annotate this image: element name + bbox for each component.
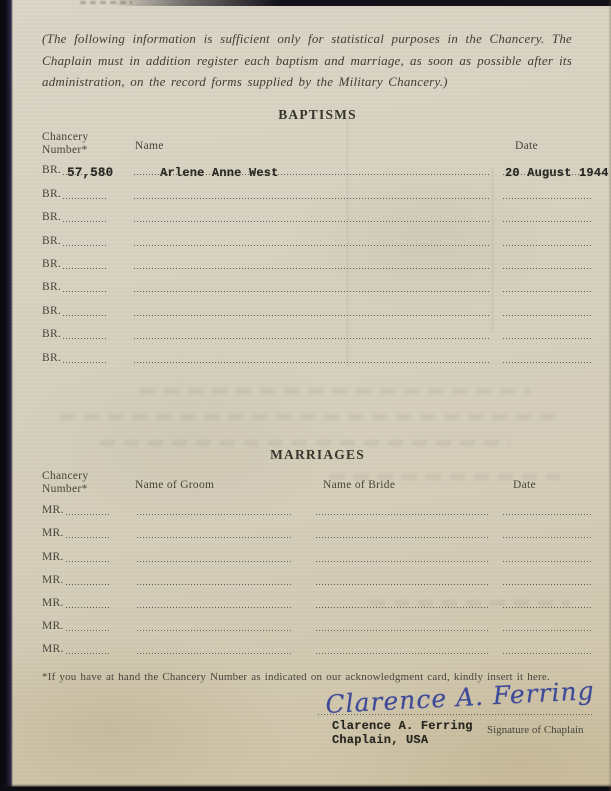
bride-line (316, 530, 489, 538)
date-line (503, 577, 593, 585)
marriages-section-title: MARRIAGES (0, 447, 611, 463)
groom-line (137, 554, 292, 562)
typed-chancery-number: 57,580 (67, 166, 113, 180)
chancery-number-line (66, 623, 109, 631)
marriage-row: MR. (0, 566, 611, 589)
signature-of-chaplain-label: Signature of Chaplain (487, 724, 584, 736)
name-line (134, 355, 489, 363)
marriages-chancery-number-header: Chancery Number* (42, 470, 88, 495)
marriage-row: MR. (0, 635, 611, 658)
chaplain-typed-name: Clarence A. Ferring (332, 720, 473, 734)
row-prefix-label: BR. (42, 189, 61, 200)
date-line (503, 331, 593, 339)
scanned-form-page: (The following information is sufficient… (0, 0, 611, 791)
date-line (503, 646, 593, 654)
row-prefix-label: MR. (42, 644, 64, 655)
baptisms-rows: BR.57,580Arlene Anne West20 August 1944B… (0, 156, 611, 367)
row-prefix-label: BR. (42, 165, 61, 176)
marriage-row: MR. (0, 496, 611, 519)
chancery-number-line (63, 238, 106, 246)
date-line (503, 308, 593, 316)
row-prefix-label: MR. (42, 598, 64, 609)
chancery-number-line (66, 554, 109, 562)
chancery-number-line (63, 308, 106, 316)
row-prefix-label: MR. (42, 505, 64, 516)
baptism-row: BR. (0, 250, 611, 273)
baptisms-name-header: Name (135, 140, 164, 152)
chancery-number-line (63, 261, 106, 269)
chancery-number-line (63, 284, 106, 292)
chancery-number-line (66, 530, 109, 538)
name-line (134, 331, 489, 339)
baptisms-section-title: BAPTISMS (0, 107, 611, 123)
date-line (503, 284, 593, 292)
signature-line (318, 714, 594, 715)
baptism-row: BR. (0, 226, 611, 249)
date-line (503, 191, 593, 199)
name-line (134, 191, 489, 199)
chaplain-typed-title: Chaplain, USA (332, 734, 473, 748)
chancery-header-line1: Chancery (42, 131, 88, 144)
groom-line (137, 646, 292, 654)
scan-edge-top (0, 0, 611, 6)
name-line (134, 261, 489, 269)
bride-line (316, 600, 489, 608)
baptism-row: BR. (0, 203, 611, 226)
row-prefix-label: MR. (42, 552, 64, 563)
marriage-row: MR. (0, 612, 611, 635)
date-line (503, 238, 593, 246)
baptism-row: BR. (0, 320, 611, 343)
bride-line (316, 577, 489, 585)
chancery-number-line (66, 507, 109, 515)
row-prefix-label: MR. (42, 575, 64, 586)
marriages-bride-header: Name of Bride (323, 479, 395, 491)
row-prefix-label: BR. (42, 236, 61, 247)
chancery-number-line (63, 214, 106, 222)
row-prefix-label: MR. (42, 528, 64, 539)
chancery-number-line (63, 331, 106, 339)
row-prefix-label: BR. (42, 353, 61, 364)
groom-line (137, 577, 292, 585)
name-line: Arlene Anne West (134, 167, 489, 175)
marriages-groom-header: Name of Groom (135, 479, 214, 491)
typed-date: 20 August 1944 (505, 166, 609, 180)
row-prefix-label: BR. (42, 212, 61, 223)
chaplain-typed-name-block: Clarence A. Ferring Chaplain, USA (332, 720, 473, 747)
baptism-row: BR. (0, 296, 611, 319)
baptism-row: BR. (0, 343, 611, 366)
name-line (134, 284, 489, 292)
date-line (503, 261, 593, 269)
date-line (503, 214, 593, 222)
chancery-number-line (63, 355, 106, 363)
bride-line (316, 623, 489, 631)
name-line (134, 214, 489, 222)
date-line (503, 355, 593, 363)
bride-line (316, 554, 489, 562)
marriage-row: MR. (0, 589, 611, 612)
baptisms-chancery-number-header: Chancery Number* (42, 131, 88, 156)
bleed-through-artifact (60, 414, 560, 420)
bleed-through-artifact (100, 440, 510, 446)
scan-edge-bottom (0, 784, 611, 791)
name-line (134, 238, 489, 246)
row-prefix-label: BR. (42, 329, 61, 340)
groom-line (137, 600, 292, 608)
date-line: 20 August 1944 (503, 167, 593, 175)
bride-line (316, 507, 489, 515)
marriages-date-header: Date (513, 479, 536, 491)
bride-line (316, 646, 489, 654)
date-line (503, 623, 593, 631)
chancery-number-line: 57,580 (63, 167, 106, 175)
date-line (503, 507, 593, 515)
row-prefix-label: BR. (42, 306, 61, 317)
baptism-row: BR. (0, 273, 611, 296)
baptisms-date-header: Date (515, 140, 538, 152)
chancery-header-line2: Number* (42, 144, 88, 157)
bleed-through-artifact (140, 388, 530, 394)
date-line (503, 600, 593, 608)
groom-line (137, 623, 292, 631)
baptism-row: BR.57,580Arlene Anne West20 August 1944 (0, 156, 611, 179)
chancery-number-footnote: *If you have at hand the Chancery Number… (42, 671, 550, 683)
scan-edge-left (0, 0, 13, 791)
typed-name: Arlene Anne West (160, 166, 278, 180)
intro-note: (The following information is sufficient… (42, 28, 572, 93)
chancery-header-line1: Chancery (42, 470, 88, 483)
chancery-number-line (66, 600, 109, 608)
marriages-rows: MR.MR.MR.MR.MR.MR.MR. (0, 496, 611, 658)
groom-line (137, 530, 292, 538)
chancery-number-line (63, 191, 106, 199)
baptism-row: BR. (0, 179, 611, 202)
date-line (503, 530, 593, 538)
chancery-number-line (66, 646, 109, 654)
name-line (134, 308, 489, 316)
date-line (503, 554, 593, 562)
marriage-row: MR. (0, 519, 611, 542)
row-prefix-label: BR. (42, 259, 61, 270)
row-prefix-label: MR. (42, 621, 64, 632)
marriage-row: MR. (0, 542, 611, 565)
groom-line (137, 507, 292, 515)
row-prefix-label: BR. (42, 282, 61, 293)
chancery-number-line (66, 577, 109, 585)
chancery-header-line2: Number* (42, 483, 88, 496)
